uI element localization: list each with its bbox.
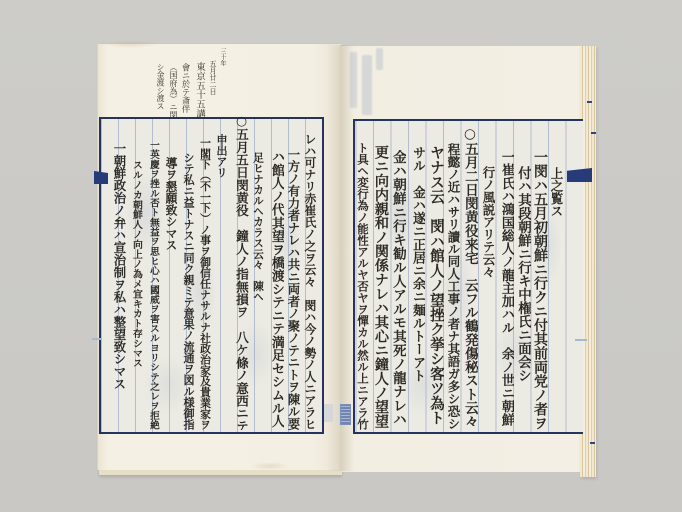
blue-edge-mark [575, 339, 587, 341]
bleed-through-marks [376, 48, 383, 70]
text-column: 一閔ハ五月初朝鮮ニ行クニ付其前両党ノ者ヲ [532, 150, 548, 430]
blue-edge-mark [92, 338, 102, 340]
text-column: 一閣下（不一下）ノ事ヲ御信任ナサルナ社政治家及貴業家ヲ [197, 137, 213, 430]
text-column: 一朝鮮政治ノ弁ハ宣治制ヲ私ハ整望致シマス [111, 142, 127, 390]
blue-edge-mark [587, 101, 592, 103]
bleed-through-marks [362, 55, 372, 115]
text-column: ヤナス云 閔ハ館人ノ望挫ク挙シ客ツ為ト [428, 145, 444, 425]
seal-bleed-through [324, 404, 333, 422]
text-column: スルノカ朝鮮人ノ向上ノ為メ宜キカト存シマス [128, 160, 144, 368]
text-column: ○五月五日閔黄役 鐘人ノ指無損ヲ 八ケ條ノ意西ニテ [233, 113, 249, 430]
text-column: レハ可ナリ赤崔氏ノ之ヲ云々 閔ハ今ノ勢ノ人ニアラヒ [302, 133, 318, 430]
text-column: 程懿ノ近ハサリ讀ル同人工事ノ者ナ其語ガ多シ恐シ [445, 143, 461, 430]
paper-stain [250, 462, 290, 470]
text-column: 上之覧ス [548, 167, 564, 217]
text-column: 申出アリ [213, 134, 229, 178]
margin-note: シ金渡シ渡ス [152, 63, 168, 110]
text-column: 付ハ其段朝鮮ニ行キ中権氏ニ面会シ [515, 166, 531, 382]
text-column: 更ニ向内親和ノ関係ナレハ其心ニ鐘人ノ望望 [373, 145, 389, 428]
text-column: 一崔氏ハ鴻国総人ノ龍主加ハル 余ノ世ニ朝鮮 [498, 150, 514, 426]
text-column: シテ私ニ益トナスニ同ク親ミテ意果ノ流通ヲ図ル様御指 [180, 152, 196, 430]
text-column: ハ館人ノ代其望ヲ橋渡シテニテ満足セシムル人 [268, 150, 284, 428]
text-column: 一方ノ有力者ナレハ共ニ両者ノ聚ノテニトヲ陳ル要 [285, 148, 301, 430]
book-spread-photo: 三十年 五月廿二日 東京五十五講 會ニ於テ斎伴 （国府為）ニ閔 シ金渡シ渡ス レ… [0, 0, 682, 512]
text-column: 足ヒナカルヘカラス云々 陳ヘ [250, 152, 266, 302]
text-column: ○五月二日閔黄役来宅 云フル鶴発傷秘スト云々 [462, 126, 478, 426]
bleed-through-marks [350, 52, 357, 108]
blue-tab-mark [94, 171, 108, 184]
seal-stamp-icon [341, 405, 350, 424]
text-column: 導ヲ懇願致シマス [163, 157, 179, 251]
text-column: 行ノ風説アリテ云々 [480, 166, 496, 278]
text-column: 一英慶ヲ挫ル否ト無益ヲ思ヒ心ハ國威ヲ害スルヨリシテ之レヲ拒絶 [145, 140, 161, 430]
text-column: 金ハ朝鮮ニ行キ勧ル人アルモ其死ノ龍ナレハ [390, 150, 406, 426]
text-column: ト具ヘ変行為ノ能性アルヤ否ヤヲ憚カル然ル上ニアラ竹 [355, 142, 371, 430]
text-column: サル 金ハ遂ニ正居ニ余ニ麺ルトーアト [409, 146, 425, 382]
blue-edge-mark [591, 132, 596, 134]
blue-edge-mark [590, 442, 595, 444]
margin-note: 五月廿二日 [205, 60, 221, 95]
paper-stain [100, 40, 160, 48]
